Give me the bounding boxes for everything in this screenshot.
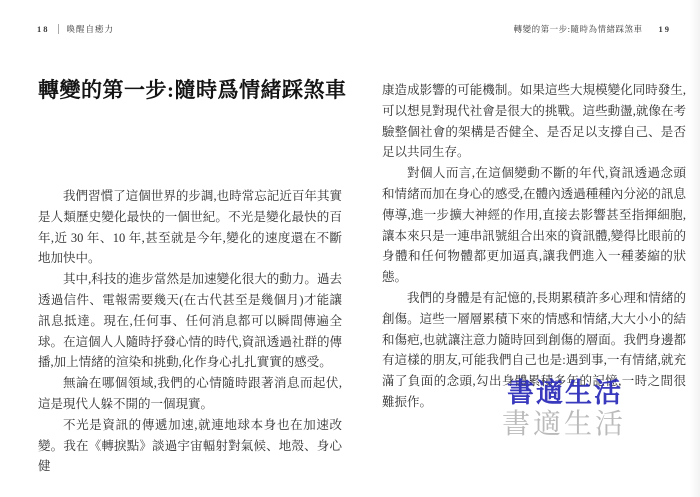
chapter-title: 轉變的第一步:隨時爲情緒踩煞車	[38, 74, 348, 104]
left-page-number: 18	[37, 24, 50, 34]
page-edge-shadow	[690, 0, 700, 497]
paragraph: 對個人而言,在這個變動不斷的年代,資訊透過念頭和情緒而加在身心的感受,在體內透過…	[382, 163, 686, 288]
right-page-number: 19	[659, 24, 672, 34]
book-spread: 18 喚醒自癒力 轉變的第一步:隨時為情緒踩煞車 19 轉變的第一步:隨時爲情緒…	[0, 0, 700, 497]
right-page-body: 康造成影響的可能機制。如果這些大規模變化同時發生,可以想見對現代社會是很大的挑戰…	[382, 80, 686, 413]
right-header-chapter-title: 轉變的第一步:隨時為情緒踩煞車	[514, 23, 643, 35]
right-running-header: 轉變的第一步:隨時為情緒踩煞車 19	[382, 23, 685, 35]
paragraph: 無論在哪個領域,我們的心情隨時跟著消息而起伏,這是現代人躲不開的一個現實。	[38, 373, 342, 415]
header-divider	[58, 24, 59, 34]
left-page-body: 我們習慣了這個世界的步調,也時常忘記近百年其實是人類歷史變化最快的一個世紀。不光…	[38, 186, 342, 477]
paragraph: 其中,科技的進步當然是加速變化很大的動力。過去透過信件、電報需要幾天(在古代甚至…	[38, 269, 342, 373]
left-running-header: 18 喚醒自癒力	[37, 23, 114, 35]
paragraph-continuation: 康造成影響的可能機制。如果這些大規模變化同時發生,可以想見對現代社會是很大的挑戰…	[382, 80, 686, 163]
paragraph: 我們習慣了這個世界的步調,也時常忘記近百年其實是人類歷史變化最快的一個世紀。不光…	[38, 186, 342, 269]
paragraph: 不光是資訊的傳遞加速,就連地球本身也在加速改變。我在《轉捩點》談過宇宙輻射對氣候…	[38, 415, 342, 477]
book-title: 喚醒自癒力	[67, 23, 115, 35]
paragraph: 我們的身體是有記憶的,長期累積許多心理和情緒的創傷。這些一層層累積下來的情感和情…	[382, 288, 686, 413]
